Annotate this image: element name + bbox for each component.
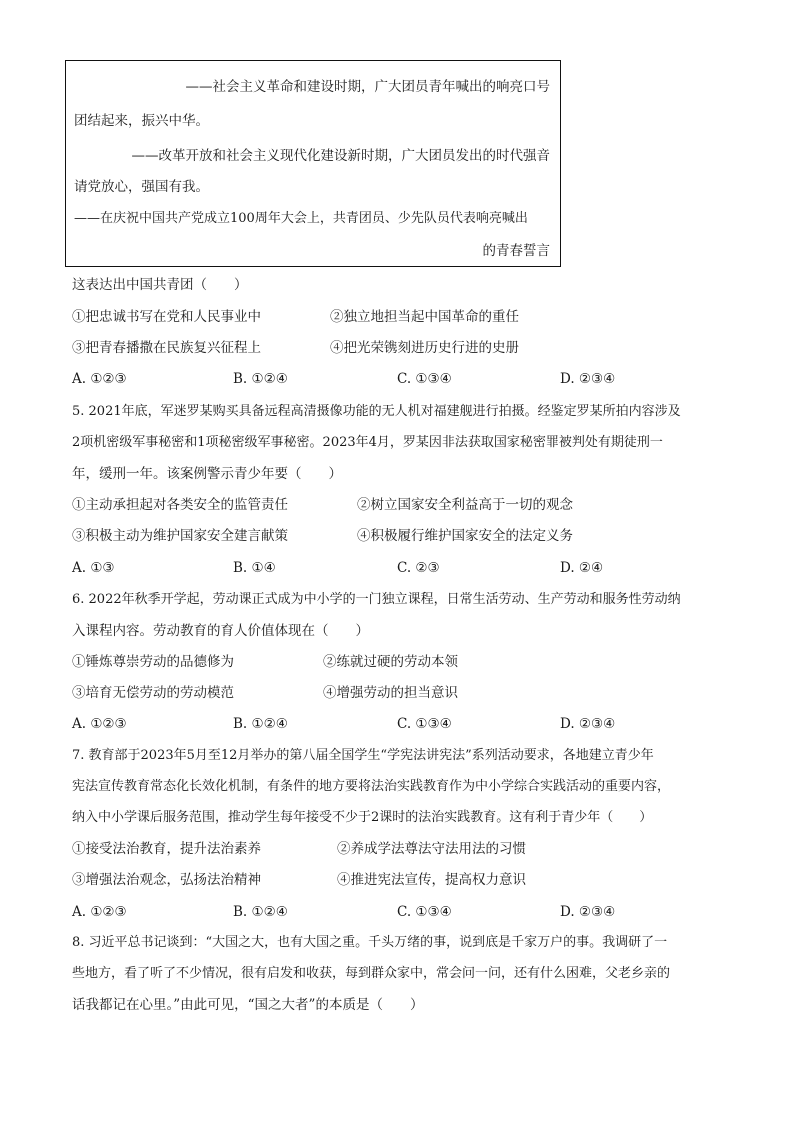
- question-stem-line-1: 8. 习近平总书记谈到：“大国之大，也有大国之重。千头万绪的事，说到底是千家万户…: [72, 934, 667, 952]
- question-stem-line-3: 年，缓刑一年。该案例警示青少年要（ ）: [72, 465, 342, 483]
- question-stem-line-2: 入课程内容。劳动教育的育人价值体现在（ ）: [72, 622, 369, 640]
- choice-a[interactable]: A. ①②③: [72, 903, 127, 921]
- quote-attribution-1: ——社会主义革命和建设时期，广大团员青年喊出的响亮口号: [186, 78, 551, 96]
- question-stem-line-2: 宪法宣传教育常态化长效化机制，有条件的地方要将法治实践教育作为中小学综合实践活动…: [72, 778, 670, 796]
- question-stem-line-1: 5. 2021年底，军迷罗某购买具备远程高清摄像功能的无人机对福建舰进行拍摄。经…: [72, 403, 681, 421]
- quote-slogan-1: 团结起来，振兴中华。: [74, 112, 209, 130]
- statement-3: ③积极主动为维护国家安全建言献策: [72, 527, 288, 545]
- choice-d[interactable]: D. ②④: [560, 559, 603, 577]
- question-stem-line-1: 7. 教育部于2023年5月至12月举办的第八届全国学生“学宪法讲宪法”系列活动…: [72, 747, 654, 765]
- choice-c[interactable]: C. ①③④: [397, 903, 452, 921]
- question-stem-line-2: 2项机密级军事秘密和1项秘密级军事秘密。2023年4月，罗某因非法获取国家秘密罪…: [72, 434, 663, 452]
- choice-c[interactable]: C. ①③④: [397, 715, 452, 733]
- choice-d[interactable]: D. ②③④: [560, 903, 615, 921]
- choice-b[interactable]: B. ①②④: [233, 903, 288, 921]
- statement-2: ②独立地担当起中国革命的重任: [330, 308, 519, 326]
- statement-4: ④增强劳动的担当意识: [323, 684, 458, 702]
- choice-d[interactable]: D. ②③④: [560, 370, 615, 388]
- quote-attribution-3: ——在庆祝中国共产党成立100周年大会上，共青团员、少先队员代表响亮喊出: [74, 210, 528, 228]
- statement-1: ①把忠诚书写在党和人民事业中: [72, 308, 261, 326]
- statement-1: ①主动承担起对各类安全的监管责任: [72, 496, 288, 514]
- statement-1: ①接受法治教育，提升法治素养: [72, 840, 261, 858]
- quote-attribution-2: ——改革开放和社会主义现代化建设新时期，广大团员发出的时代强音: [132, 147, 551, 165]
- quote-attribution-3-cont: 的青春誓言: [483, 242, 551, 260]
- choice-b[interactable]: B. ①④: [233, 559, 276, 577]
- choice-c[interactable]: C. ①③④: [397, 370, 452, 388]
- question-stem: 这表达出中国共青团（ ）: [72, 276, 248, 294]
- choice-a[interactable]: A. ①②③: [72, 370, 127, 388]
- statement-1: ①锤炼尊崇劳动的品德修为: [72, 653, 234, 671]
- choice-c[interactable]: C. ②③: [397, 559, 440, 577]
- choice-a[interactable]: A. ①③: [72, 559, 115, 577]
- choice-a[interactable]: A. ①②③: [72, 715, 127, 733]
- quote-box: ——社会主义革命和建设时期，广大团员青年喊出的响亮口号 团结起来，振兴中华。 —…: [65, 60, 561, 267]
- statement-3: ③培育无偿劳动的劳动模范: [72, 684, 234, 702]
- choice-d[interactable]: D. ②③④: [560, 715, 615, 733]
- question-stem-line-3: 话我都记在心里。”由此可见，“国之大者”的本质是（ ）: [72, 996, 423, 1014]
- question-stem-line-2: 些地方，看了听了不少情况，很有启发和收获，每到群众家中，常会问一问，还有什么困难…: [72, 965, 670, 983]
- choice-b[interactable]: B. ①②④: [233, 715, 288, 733]
- question-stem-line-3: 纳入中小学课后服务范围，推动学生每年接受不少于2课时的法治实践教育。这有利于青少…: [72, 809, 652, 827]
- statement-3: ③把青春播撒在民族复兴征程上: [72, 339, 261, 357]
- statement-2: ②养成学法尊法守法用法的习惯: [337, 840, 526, 858]
- statement-3: ③增强法治观念，弘扬法治精神: [72, 871, 261, 889]
- statement-2: ②练就过硬的劳动本领: [323, 653, 458, 671]
- statement-4: ④把光荣镌刻进历史行进的史册: [330, 339, 519, 357]
- question-stem-line-1: 6. 2022年秋季开学起，劳动课正式成为中小学的一门独立课程，日常生活劳动、生…: [72, 591, 681, 609]
- statement-4: ④推进宪法宣传，提高权力意识: [337, 871, 526, 889]
- choice-b[interactable]: B. ①②④: [233, 370, 288, 388]
- statement-4: ④积极履行维护国家安全的法定义务: [357, 527, 573, 545]
- statement-2: ②树立国家安全利益高于一切的观念: [357, 496, 573, 514]
- quote-slogan-2: 请党放心，强国有我。: [74, 178, 209, 196]
